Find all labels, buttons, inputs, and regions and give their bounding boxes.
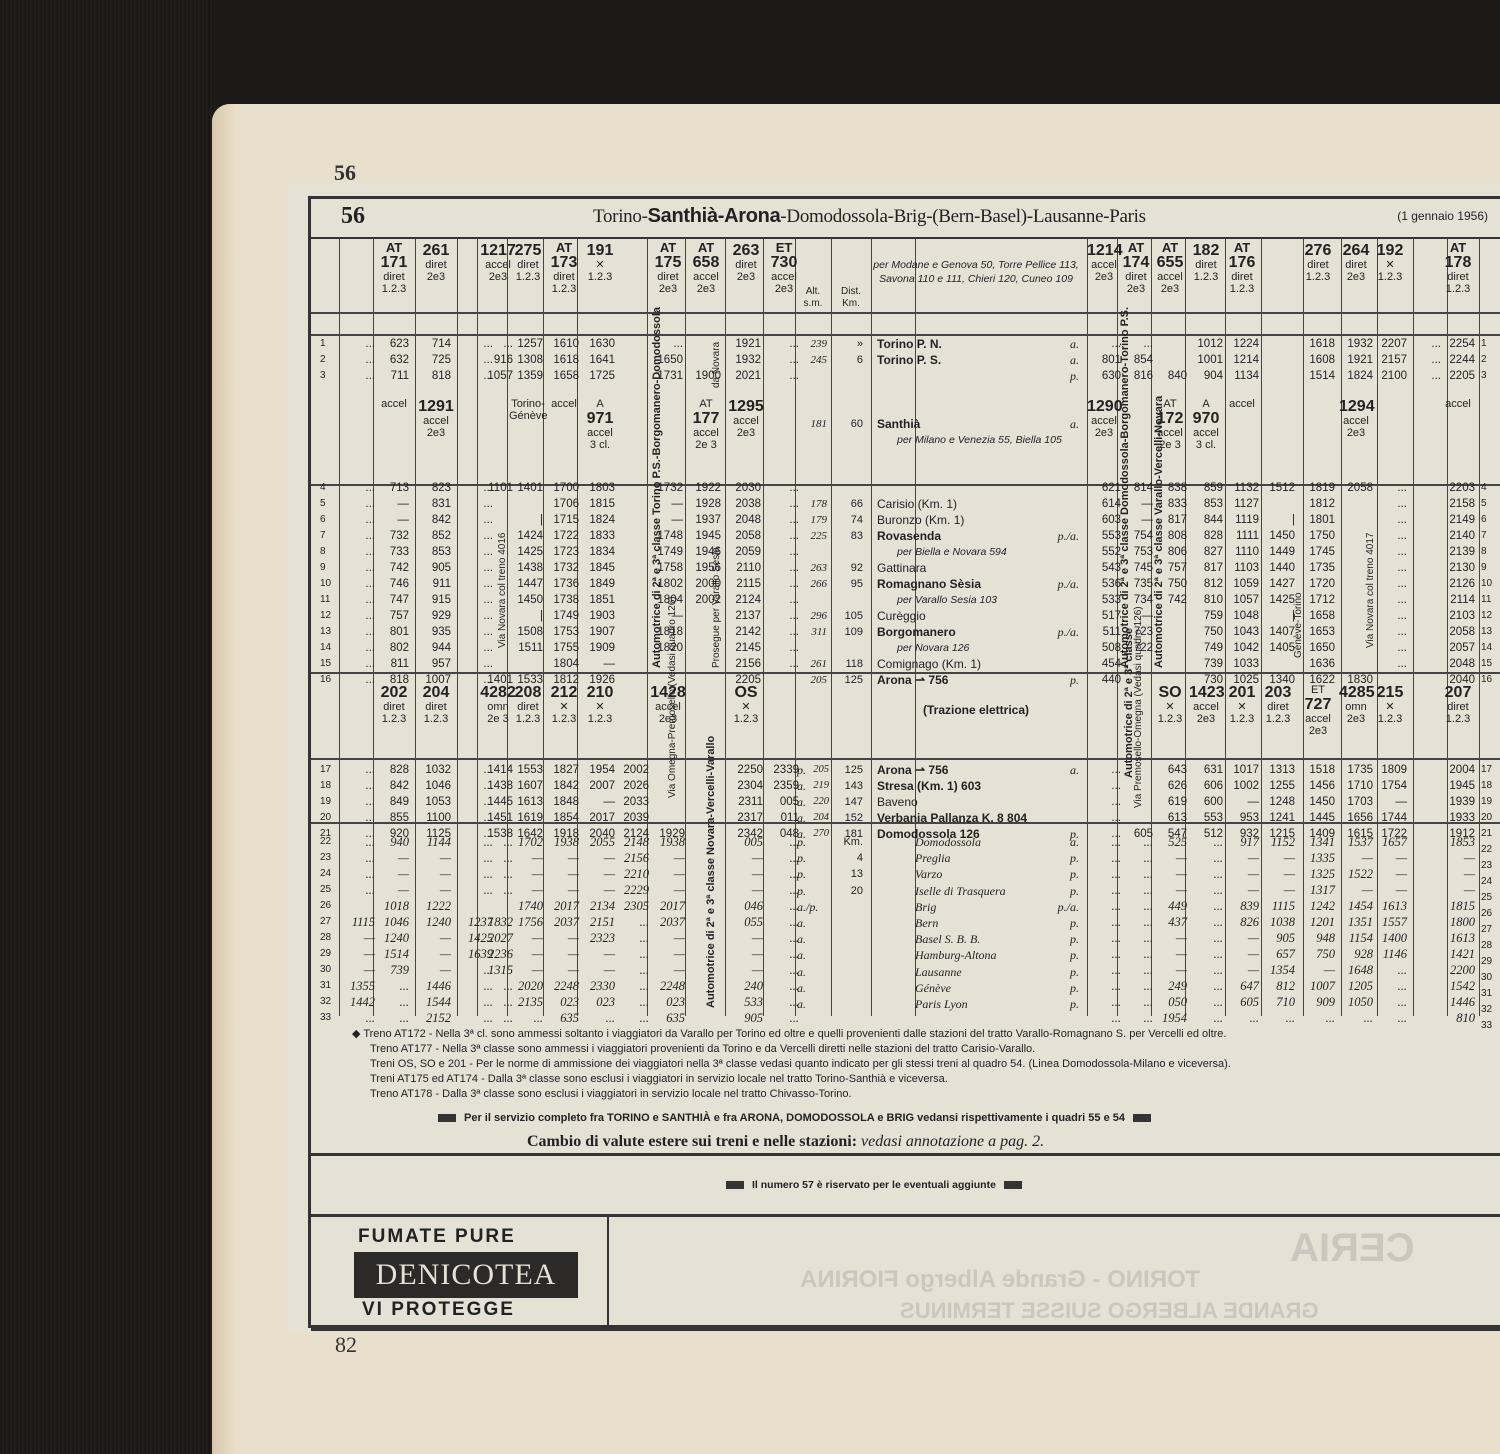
time-column: 1132 1127 1119 1111 1110 1103 1059 1057 … bbox=[1225, 480, 1259, 688]
row-numbers-right: 4 5 6 7 8 9 10 11 12 13 14 15 16 bbox=[1481, 480, 1492, 688]
time-column: 525 — — — 449 437 — — — 249 050 1954 bbox=[1153, 834, 1187, 1026]
row-numbers: 1 2 3 bbox=[320, 336, 326, 384]
train-header: 207diret1.2.3 bbox=[1441, 684, 1475, 725]
column-divider bbox=[339, 238, 340, 1016]
time-column: 1618 1608 1514 bbox=[1301, 336, 1335, 384]
pointing-hand-icon bbox=[1004, 1181, 1022, 1189]
time-column: 2207 2157 2100 bbox=[1373, 336, 1407, 384]
time-column: 1257 1308 1359 bbox=[509, 336, 543, 384]
time-column: 1553 1607 1613 1619 1642 bbox=[509, 762, 543, 842]
train-header: 264diret2e3 bbox=[1339, 242, 1373, 283]
vertical-note: Automotrice di 2ª e 3ª classe Torino P.S… bbox=[651, 248, 663, 668]
time-column: 823 831 842 852 853 905 911 915 929 935 … bbox=[417, 480, 451, 688]
divider bbox=[311, 1328, 1500, 1331]
column-divider bbox=[685, 238, 686, 1016]
show-through-text: GRANDE ALBERGO SUISSE TERMINUS bbox=[900, 1298, 1318, 1324]
table-number: 56 bbox=[341, 203, 365, 230]
pointing-hand-icon bbox=[438, 1114, 456, 1122]
train-header: 1214accel2e3 bbox=[1087, 242, 1121, 283]
ad-brand-logo: DENICOTEA bbox=[354, 1252, 578, 1298]
time-column: 1224 1214 1134 bbox=[1225, 336, 1259, 384]
time-column: 1512 | 1450 1449 1440 1427 1425 | 1407 1… bbox=[1261, 480, 1295, 688]
train-header: 202diret1.2.3 bbox=[375, 684, 413, 725]
train-header: 263diret2e3 bbox=[727, 242, 765, 283]
time-column: 1932 1921 1824 bbox=[1339, 336, 1373, 384]
train-header: 204diret1.2.3 bbox=[417, 684, 455, 725]
vertical-note: Via Omegna-Premosello (Vedasi quadro 126… bbox=[667, 678, 678, 798]
time-column: 1017 1002 — 953 932 bbox=[1225, 762, 1259, 842]
time-column: ... ... ... ... ... ... ... ... ... ... … bbox=[765, 480, 799, 672]
time-column: ... ... ... bbox=[1407, 336, 1441, 384]
train-header: Torino-Génève bbox=[509, 398, 547, 422]
dist-label: Dist. Km. bbox=[833, 286, 869, 310]
vertical-note: Génève-Torino bbox=[1293, 488, 1304, 658]
column-divider bbox=[831, 238, 832, 1016]
service-note: Per il servizio completo fra TORINO e SA… bbox=[430, 1112, 1159, 1124]
time-column: ... ... ... ... ... ... ... ... ... ... … bbox=[765, 834, 799, 1026]
time-column bbox=[1263, 336, 1297, 368]
time-column: 2339 2359 005 011 048 bbox=[765, 762, 799, 842]
vertical-note: Via Premosello-Omegna (Vedasi quadro 126… bbox=[1133, 678, 1144, 808]
time-column: 1938 — — — 2017 2037 — — — 2248 023 635 bbox=[545, 834, 579, 1026]
time-column: 714 725 818 bbox=[417, 336, 451, 384]
train-header: 1290accel2e3 bbox=[1087, 398, 1121, 439]
time-column: 2203 2158 2149 2140 2139 2130 2126 2114 … bbox=[1441, 480, 1475, 688]
vertical-note: Via Novara col treno 4017 bbox=[1365, 528, 1376, 648]
train-header: 182diret1.2.3 bbox=[1189, 242, 1223, 283]
train-header: 201✕1.2.3 bbox=[1225, 684, 1259, 725]
time-column: 1657 — — — 1613 1557 1400 1146 ... ... .… bbox=[1373, 834, 1407, 1026]
train-header: SO✕1.2.3 bbox=[1153, 684, 1187, 725]
time-column: 1853 — — — 1815 1800 1613 1421 2200 1542… bbox=[1441, 834, 1475, 1026]
table-title: Torino-Santhià-Arona-Domodossola-Brig-(B… bbox=[593, 205, 1146, 228]
train-header: 1294accel2e3 bbox=[1339, 398, 1373, 439]
time-column: 643 626 619 613 547 bbox=[1153, 762, 1187, 842]
train-header: 192✕1.2.3 bbox=[1373, 242, 1407, 283]
time-column: 2055 — — — 2134 2151 2323 — — 2330 023 .… bbox=[581, 834, 615, 1026]
row-numbers: 22 23 24 25 26 27 28 29 30 31 32 33 bbox=[320, 834, 331, 1026]
time-column: ... 801 630 bbox=[1087, 336, 1121, 384]
train-header: accel bbox=[1441, 398, 1475, 410]
ad-tagline: VI PROTEGGE bbox=[362, 1299, 515, 1321]
time-column: 1921 1932 2021 bbox=[727, 336, 761, 384]
train-header: 208diret1.2.3 bbox=[509, 684, 547, 725]
pointing-hand-icon bbox=[726, 1181, 744, 1189]
row-divider bbox=[311, 758, 1500, 760]
time-column: 1414 1438 1445 1451 1538 bbox=[479, 762, 513, 842]
train-header: 276diret1.2.3 bbox=[1301, 242, 1335, 283]
divider bbox=[311, 1153, 1500, 1156]
time-column: 2030 2038 2048 2058 2059 2110 2115 2124 … bbox=[727, 480, 761, 688]
train-header: OS✕1.2.3 bbox=[727, 684, 765, 725]
time-column: ... ... ... ... ... ... ... ... ... ... … bbox=[1373, 480, 1407, 672]
column-divider bbox=[871, 238, 872, 1016]
time-column: 631 606 600 553 512 bbox=[1189, 762, 1223, 842]
time-column: 1702 — — — 1740 1756 — — — 2020 2135 ... bbox=[509, 834, 543, 1026]
time-column: 1518 1456 1450 1445 1409 bbox=[1301, 762, 1335, 842]
time-column: ... ... ... ... ... ... ... ... ... ... … bbox=[1087, 834, 1121, 1026]
train-header: AT171diret1.2.3 bbox=[375, 242, 413, 295]
column-divider bbox=[543, 238, 544, 1016]
time-column: ... ... ... ... ... bbox=[341, 762, 375, 842]
vertical-note: Automotrice di 2ª e 3ª classe Varallo-Ve… bbox=[1153, 248, 1165, 668]
footnote: Treni AT175 ed AT174 - Dalla 3ª classe s… bbox=[352, 1072, 1492, 1087]
train-header: AT176diret1.2.3 bbox=[1225, 242, 1259, 295]
train-header: 1291accel2e3 bbox=[417, 398, 455, 439]
time-column: 1152 — — — 1115 1038 905 657 1354 812 71… bbox=[1261, 834, 1295, 1026]
time-column: ... ... ... ... 1832 2027 2236 1315 ... … bbox=[479, 834, 513, 1026]
time-column: 1341 1335 1325 1317 1242 1201 948 750 — … bbox=[1301, 834, 1335, 1026]
footnote: ◆ Treno AT172 - Nella 3ª cl. sono ammess… bbox=[352, 1027, 1492, 1042]
train-header: accel bbox=[375, 398, 413, 410]
show-through-text: TORINO - Grande Albergo FIORINA bbox=[800, 1266, 1200, 1294]
time-column: 1313 1255 1248 1241 1215 bbox=[1261, 762, 1295, 842]
time-column: 1938 — — — 2017 2037 — — — 2248 023 635 bbox=[651, 834, 685, 1026]
row-numbers: 4 5 6 7 8 9 10 11 12 13 14 15 16 bbox=[320, 480, 331, 688]
time-column: 005 — — — 046 055 — — — 240 533 905 bbox=[729, 834, 763, 1026]
train-header: 261diret2e3 bbox=[417, 242, 455, 283]
footnote: Treni OS, SO e 201 - Per le norme di amm… bbox=[352, 1057, 1492, 1072]
column-divider bbox=[457, 238, 458, 1016]
footnote: Treno AT177 - Nella 3ª classe sono ammes… bbox=[352, 1042, 1492, 1057]
time-column: 2148 2156 2210 2229 2305 ... ... ... ...… bbox=[615, 834, 649, 1026]
train-header: AT658accel2e3 bbox=[687, 242, 725, 295]
time-column: 2250 2304 2311 2317 2342 bbox=[729, 762, 763, 842]
train-header: 4285omn2e3 bbox=[1339, 684, 1373, 725]
time-column: 1819 1812 1801 1750 1745 1735 1720 1712 … bbox=[1301, 480, 1335, 688]
row-numbers-right: 17 18 19 20 21 22 23 24 25 26 27 28 29 3… bbox=[1481, 762, 1492, 1034]
time-column: 1610 1618 1658 bbox=[545, 336, 579, 384]
time-column: 1537 — 1522 — 1454 1351 1154 928 1648 12… bbox=[1339, 834, 1373, 1026]
train-header: ET727accel2e3 bbox=[1301, 684, 1335, 737]
page-edge bbox=[212, 104, 237, 1454]
table-date: (1 gennaio 1956) bbox=[1397, 209, 1488, 223]
reserved-note: Il numero 57 è riservato per le eventual… bbox=[718, 1179, 1030, 1191]
time-column: 1032 1046 1053 1100 1125 bbox=[417, 762, 451, 842]
column-divider bbox=[1479, 238, 1480, 1016]
row-divider bbox=[311, 312, 1500, 314]
train-header: 1423accel2e3 bbox=[1189, 684, 1223, 725]
train-header: 1295accel2e3 bbox=[727, 398, 765, 439]
time-column: 2004 1945 1939 1933 1912 bbox=[1441, 762, 1475, 842]
time-column: ... ... ... bbox=[341, 336, 375, 384]
header-note: per Modane e Genova 50, Torre Pellice 11… bbox=[871, 258, 1081, 286]
row-numbers: 17 18 19 20 21 bbox=[320, 762, 331, 842]
time-column: 1012 1001 904 bbox=[1189, 336, 1223, 384]
time-column: 1803 1815 1824 1833 1834 1845 1849 1851 … bbox=[581, 480, 615, 688]
train-header: AT178diret1.2.3 bbox=[1441, 242, 1475, 295]
vertical-note: Automotrice di 2ª e 3ª classe Domodossol… bbox=[1119, 248, 1131, 668]
time-column: 1144 — — — 1222 1240 — — — 1446 1544 215… bbox=[417, 834, 451, 1026]
page-footer-number: 82 bbox=[335, 1332, 357, 1358]
train-header: 212✕1.2.3 bbox=[545, 684, 583, 725]
table-title-bar: 56 Torino-Santhià-Arona-Domodossola-Brig… bbox=[311, 199, 1500, 239]
traction-note: (Trazione elettrica) bbox=[871, 704, 1081, 716]
train-header: 275diret1.2.3 bbox=[509, 242, 547, 283]
train-header: 215✕1.2.3 bbox=[1373, 684, 1407, 725]
time-column: 623 632 711 bbox=[375, 336, 409, 384]
train-header: AT177accel2e 3 bbox=[687, 398, 725, 451]
time-column: 1735 1710 1703 1656 1615 bbox=[1339, 762, 1373, 842]
vertical-note: da Novara bbox=[711, 338, 722, 388]
time-column: 2002 2026 2033 2039 2124 bbox=[615, 762, 649, 842]
time-column: 828 842 849 855 920 bbox=[375, 762, 409, 842]
time-column: 1809 1754 — 1744 1722 bbox=[1373, 762, 1407, 842]
time-column: 1954 2007 — 2017 2040 bbox=[581, 762, 615, 842]
train-header: 203diret1.2.3 bbox=[1261, 684, 1295, 725]
train-header: A971accel3 cl. bbox=[581, 398, 619, 451]
vertical-note: Via Novara col treno 4016 bbox=[497, 528, 508, 648]
footnote: Treno AT178 - Dalla 3ª classe sono esclu… bbox=[352, 1087, 1492, 1102]
time-column: ... ... ... bbox=[765, 336, 799, 384]
time-column: 2254 2244 2205 bbox=[1441, 336, 1475, 384]
train-header: A970accel3 cl. bbox=[1189, 398, 1223, 451]
vertical-note: Prosegue per Varallo Sesia bbox=[711, 588, 722, 668]
train-header: 191✕1.2.3 bbox=[581, 242, 619, 283]
time-column: 859 853 844 828 827 817 812 810 759 750 … bbox=[1189, 480, 1223, 688]
train-header: accel bbox=[1225, 398, 1259, 410]
time-column: ... ... ... ... ... ... ... ... ... ... … bbox=[1189, 834, 1223, 1026]
row-numbers-right: 1 2 3 bbox=[1481, 336, 1487, 384]
column-divider bbox=[725, 238, 726, 1016]
timetable-grid: 1 2 34 5 6 7 8 9 10 11 12 13 14 15 1617 … bbox=[311, 238, 1500, 1016]
vertical-note: Automotrice di 2ª e 3ª classe Novara-Ver… bbox=[705, 758, 717, 1008]
time-column: ... 916 1057 bbox=[479, 336, 513, 384]
column-divider bbox=[763, 238, 764, 1016]
time-column: ... ... ... ... ... ... ... ... ... ... … bbox=[341, 480, 375, 688]
time-column: 917 — — — 839 826 — — — 647 605 ... bbox=[1225, 834, 1259, 1026]
currency-exchange-note: Cambio di valute estere sui treni e nell… bbox=[527, 1133, 1044, 1151]
ad-headline: FUMATE PURE bbox=[358, 1226, 516, 1248]
pointing-hand-icon bbox=[1133, 1114, 1151, 1122]
time-column: ... ... ... ... ... ... ... ... ... ... … bbox=[1119, 834, 1153, 1026]
time-column: 713 — — 732 733 742 746 747 757 801 802 … bbox=[375, 480, 409, 688]
book-cover-background bbox=[0, 0, 215, 1454]
show-through-text: CERIA bbox=[1290, 1226, 1414, 1271]
train-header: 210✕1.2.3 bbox=[581, 684, 619, 725]
time-column: 1401 | 1424 1425 1438 1447 1450 | 1508 1… bbox=[509, 480, 543, 688]
time-column: 1630 1641 1725 bbox=[581, 336, 615, 384]
train-header: accel bbox=[545, 398, 583, 410]
column-divider bbox=[415, 238, 416, 1016]
train-header: AT173diret1.2.3 bbox=[545, 242, 583, 295]
time-column: 621 614 603 553 552 543 536 533 517 511 … bbox=[1087, 480, 1121, 688]
time-column: ... ... ... ... ... bbox=[1087, 762, 1121, 842]
time-column: ... ... ... ... 1115 — — — 1355 1442 ... bbox=[341, 834, 375, 1026]
alt-label: Alt. s.m. bbox=[797, 286, 829, 310]
time-column: 1700 1706 1715 1722 1723 1732 1736 1738 … bbox=[545, 480, 579, 688]
time-column: 940 — — — 1018 1046 1240 1514 739 ... ..… bbox=[375, 834, 409, 1026]
footnotes: ◆ Treno AT172 - Nella 3ª cl. sono ammess… bbox=[352, 1027, 1492, 1102]
time-column: 1827 1842 1848 1854 1918 bbox=[545, 762, 579, 842]
